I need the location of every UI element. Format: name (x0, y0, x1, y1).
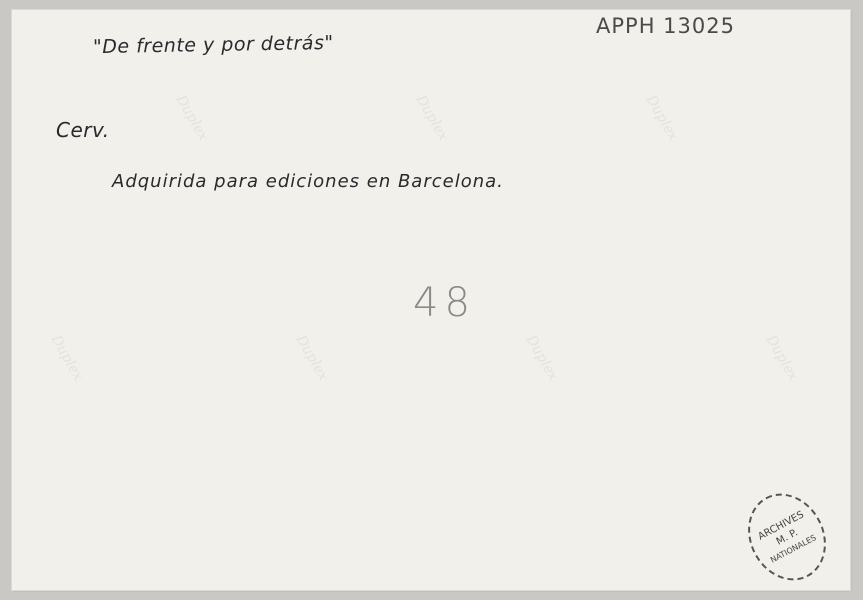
handwritten-title: "De frente y por detrás" (93, 32, 334, 58)
author-abbreviation: Cerv. (56, 118, 110, 142)
paper-watermark: Duplex (48, 332, 87, 383)
paper-watermark: Duplex (173, 92, 212, 143)
inventory-reference: APPH 13025 (596, 14, 735, 38)
paper-watermark: Duplex (413, 92, 452, 143)
paper-watermark: Duplex (523, 332, 562, 383)
paper-watermark: Duplex (293, 332, 332, 383)
acquisition-note: Adquirida para ediciones en Barcelona. (112, 171, 504, 192)
item-number: 48 (413, 280, 476, 326)
paper-watermark: Duplex (643, 92, 682, 143)
paper-watermark: Duplex (763, 332, 802, 383)
